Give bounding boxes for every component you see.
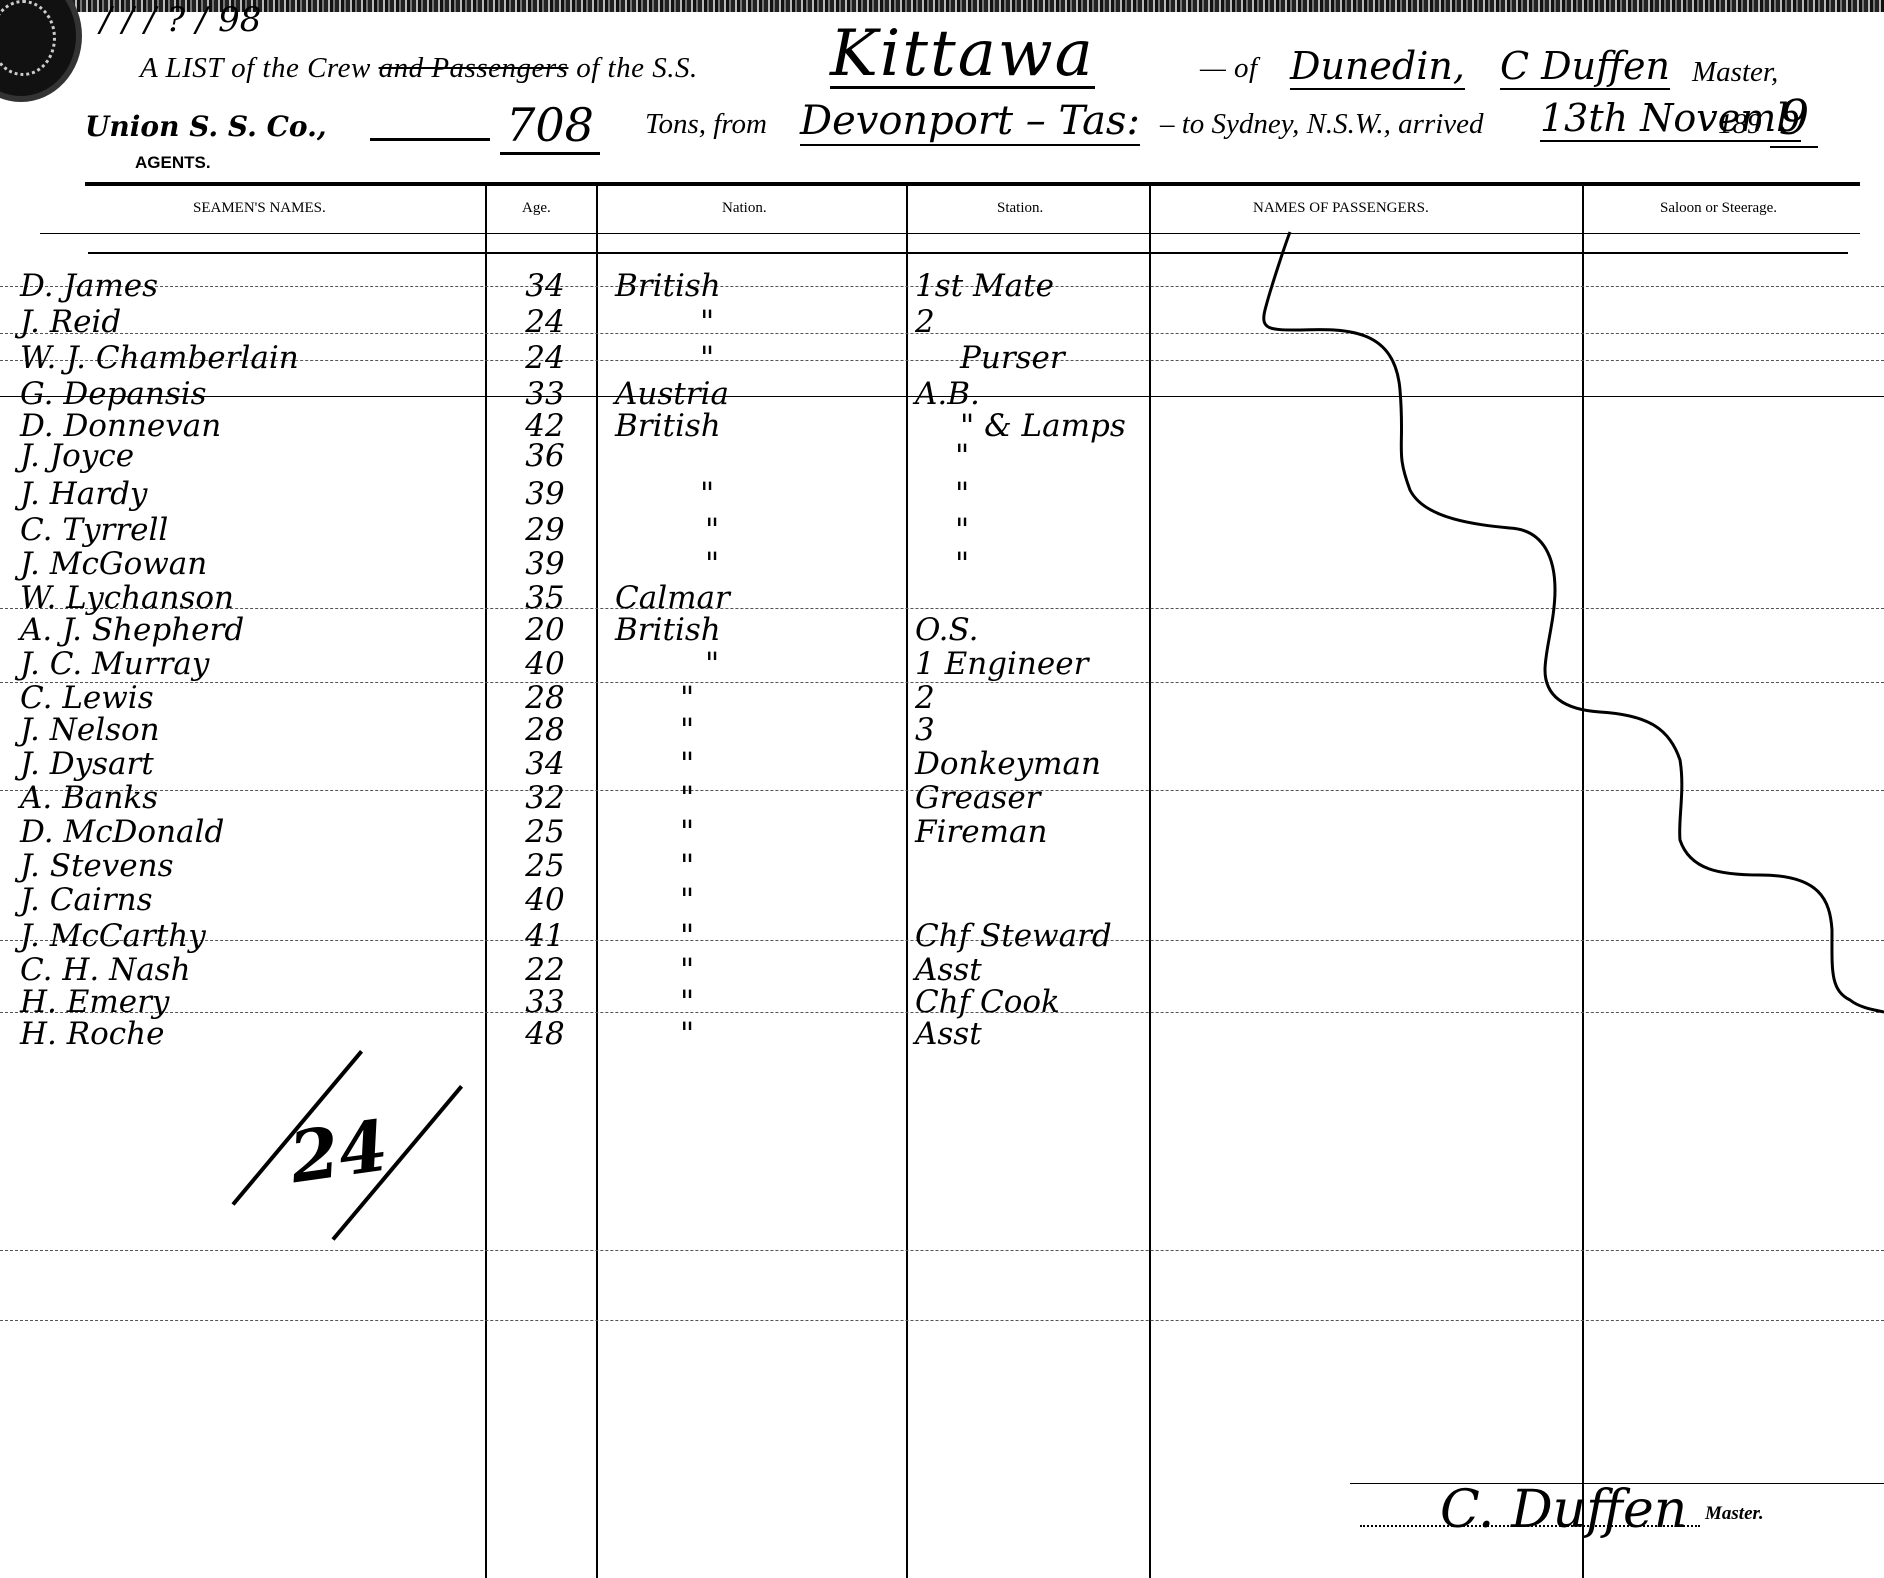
master-signature: C. Duffen (1440, 1480, 1687, 1540)
signature-label: Master. (1705, 1503, 1764, 1525)
cancellation-wave-line (0, 0, 1884, 1578)
